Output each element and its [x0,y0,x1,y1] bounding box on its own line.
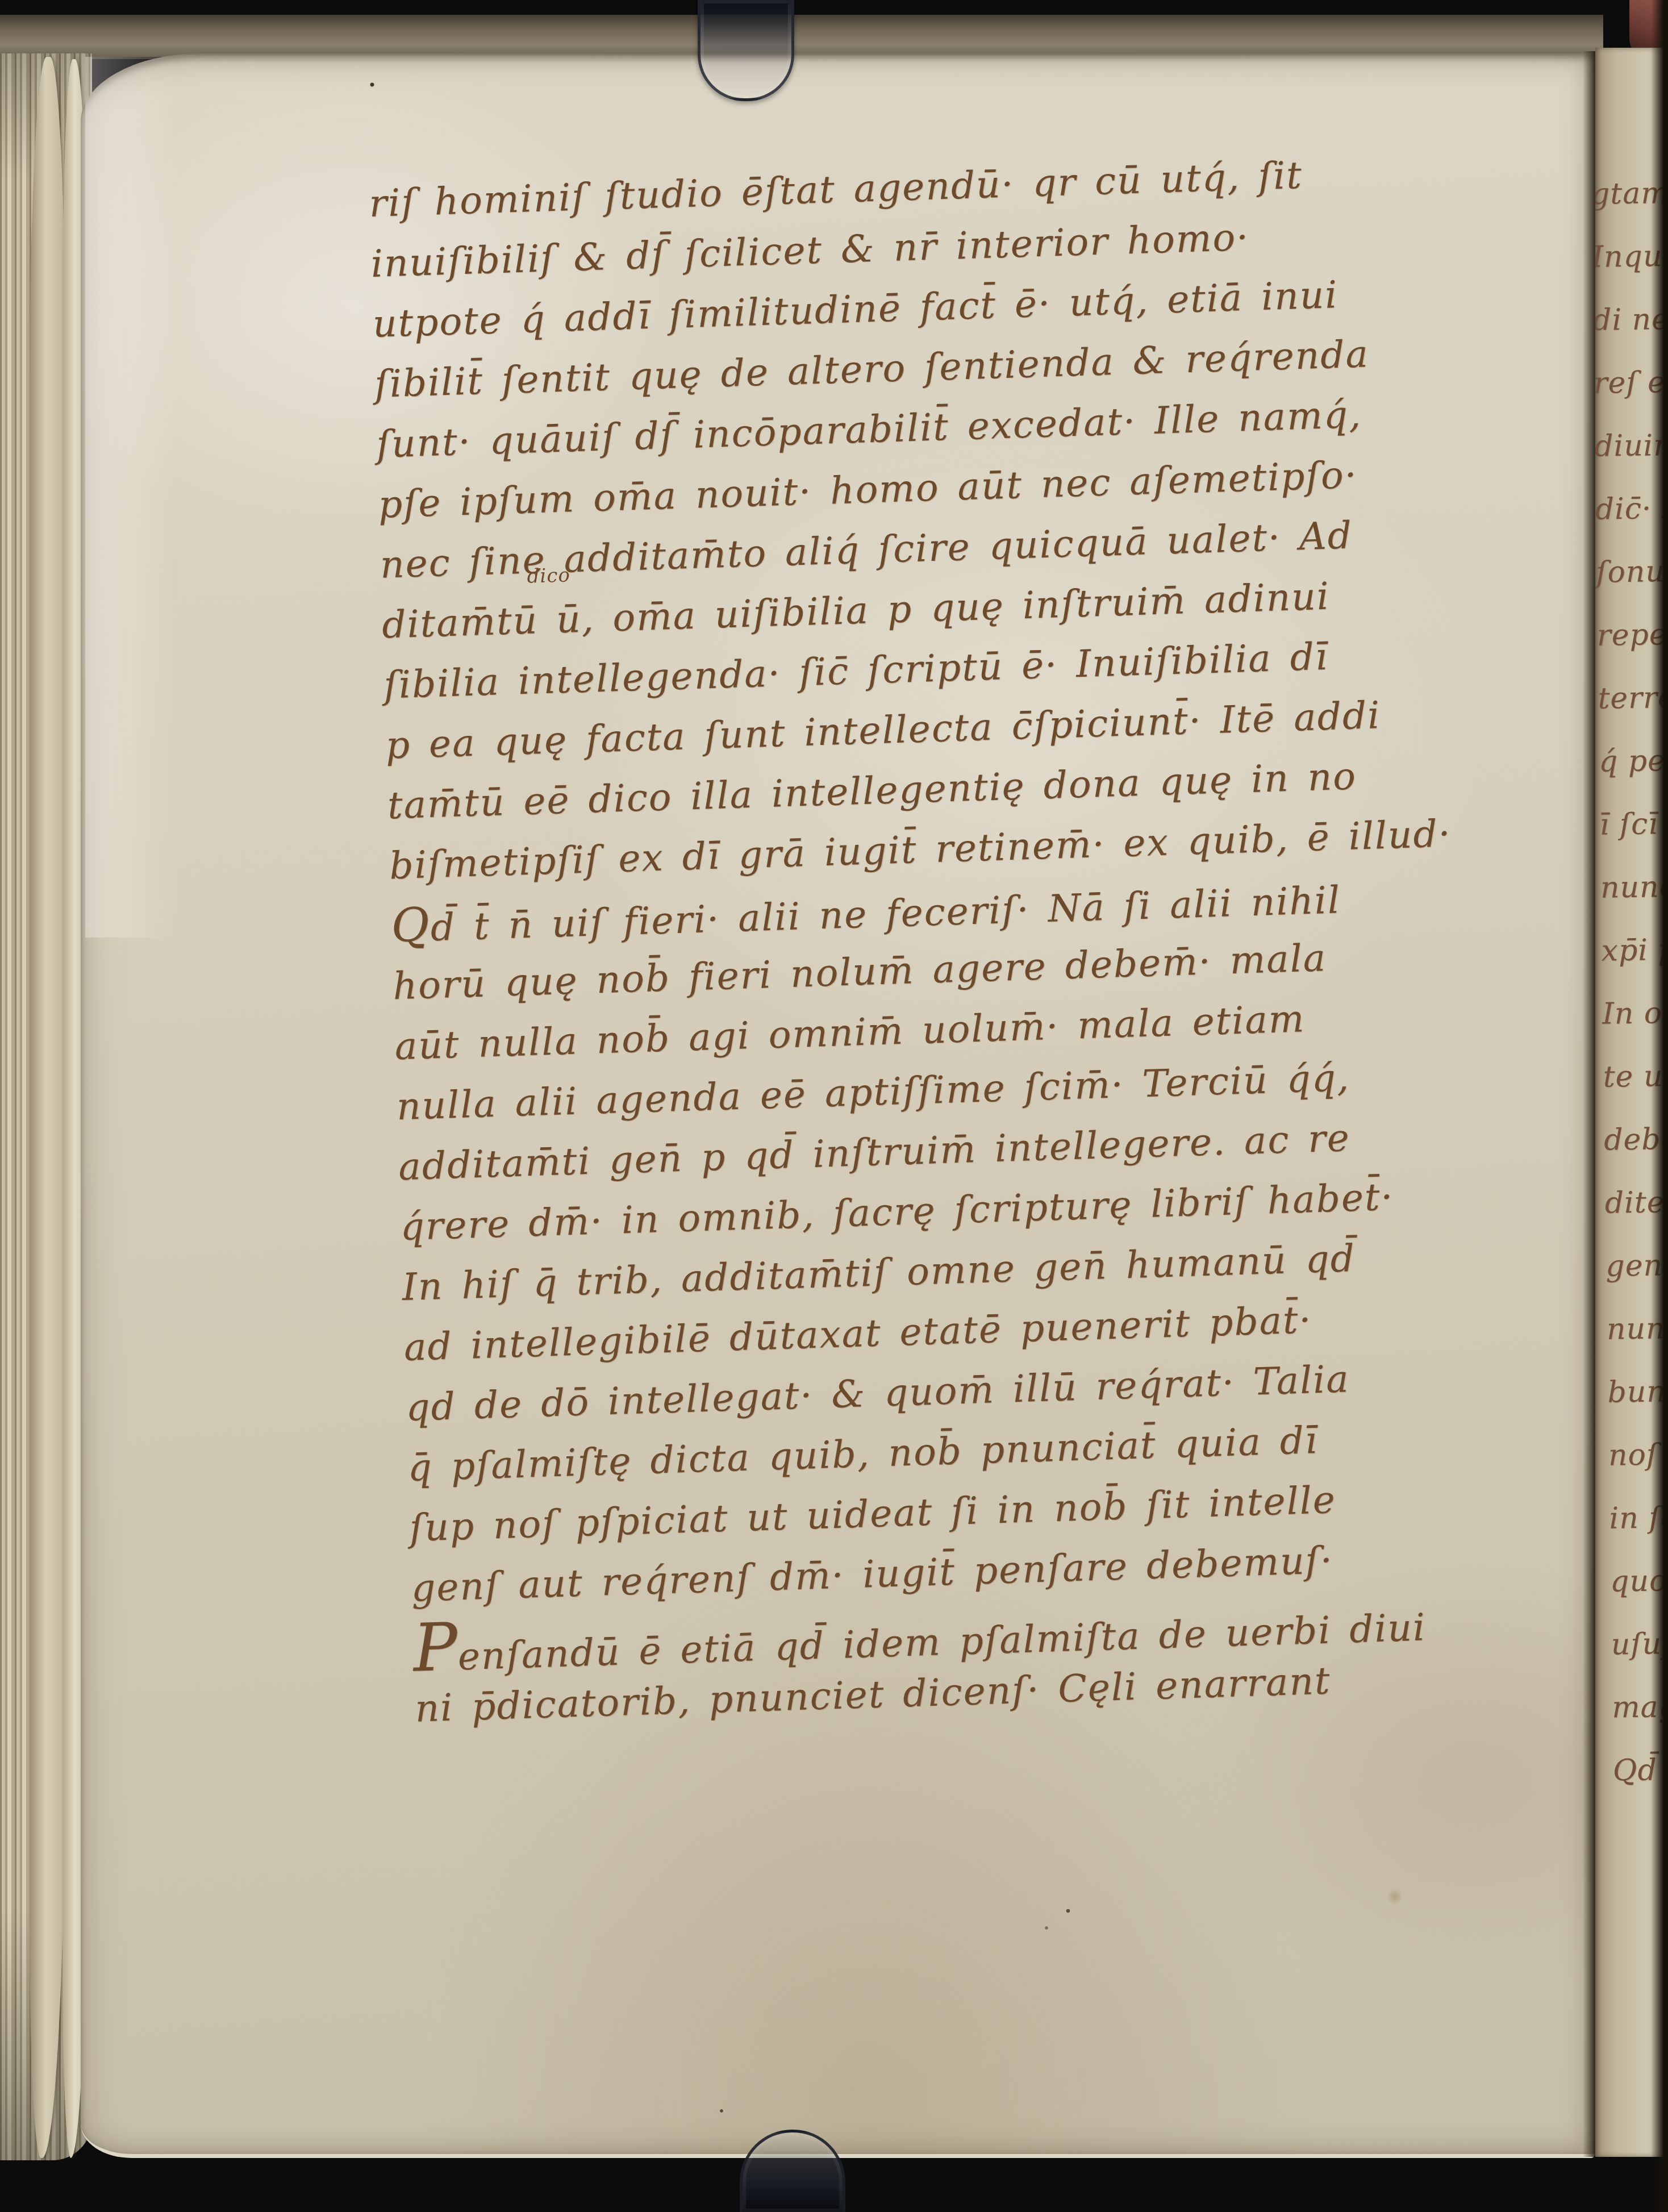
book-top-edge [0,15,1603,59]
facing-page-text-fragment: gtam [1595,162,1658,226]
interlinear-gloss: dico [527,565,570,586]
manuscript-photo: riſ hominiſ ſtudio ēſtat agendū· qr cū u… [0,0,1668,2212]
facing-page-text-fragment: di ner [1595,288,1660,352]
text-area: riſ hominiſ ſtudio ēſtat agendū· qr cū u… [368,136,1657,1838]
leaf-edge-curl [30,57,65,2158]
top-page-clip [698,0,794,101]
page-fold-highlight [85,57,227,938]
right-edge-shadow [1651,0,1668,2212]
facing-page-text-fragment: Inquit [1595,225,1659,289]
text-block: riſ hominiſ ſtudio ēſtat agendū· qr cū u… [368,136,1654,1739]
